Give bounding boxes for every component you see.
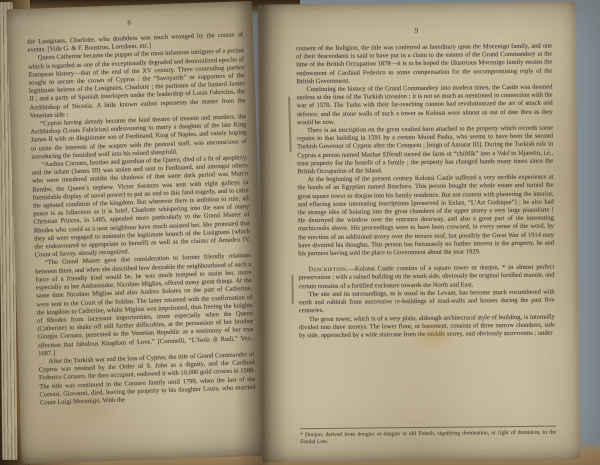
paragraph: The site and its surroundings, as is usu… — [299, 288, 555, 315]
stain — [411, 321, 457, 351]
pencil-margin-mark — [291, 274, 293, 304]
stain — [59, 386, 120, 428]
paragraph: “The Grand Master gave due consideration… — [35, 253, 254, 359]
left-page-text: the Lusignans, Charlotte, who doubtless … — [27, 31, 256, 407]
paragraph-description: Description.—Kolossi Castle consists of … — [298, 264, 554, 291]
paragraph: Continuing the history of the Grand Comm… — [296, 84, 552, 128]
left-page: 8 the Lusignans, Charlotte, who doubtles… — [6, 1, 268, 464]
paragraph: “Andrea Cornaro, brother and guardian of… — [31, 154, 250, 260]
page-number: 9 — [258, 24, 576, 37]
open-book-photo: 8 the Lusignans, Charlotte, who doubtles… — [0, 0, 600, 465]
right-page: 9 consent of the Religion, the title was… — [258, 1, 581, 462]
page-number: 8 — [7, 14, 253, 33]
footnote: * Donjon, derived from dongier or dangie… — [300, 426, 556, 446]
paragraph: Queen Catherine became the puppet of the… — [28, 48, 246, 121]
description-heading: Description. — [308, 266, 348, 273]
right-page-text: consent of the Religion, the title was c… — [296, 43, 555, 341]
paragraph: consent of the Religion, the title was c… — [296, 43, 552, 87]
paragraph: There is an inscription on the great vau… — [297, 125, 554, 177]
paragraph: At the beginning of the present century … — [297, 174, 554, 259]
pencil-margin-mark — [288, 96, 291, 152]
